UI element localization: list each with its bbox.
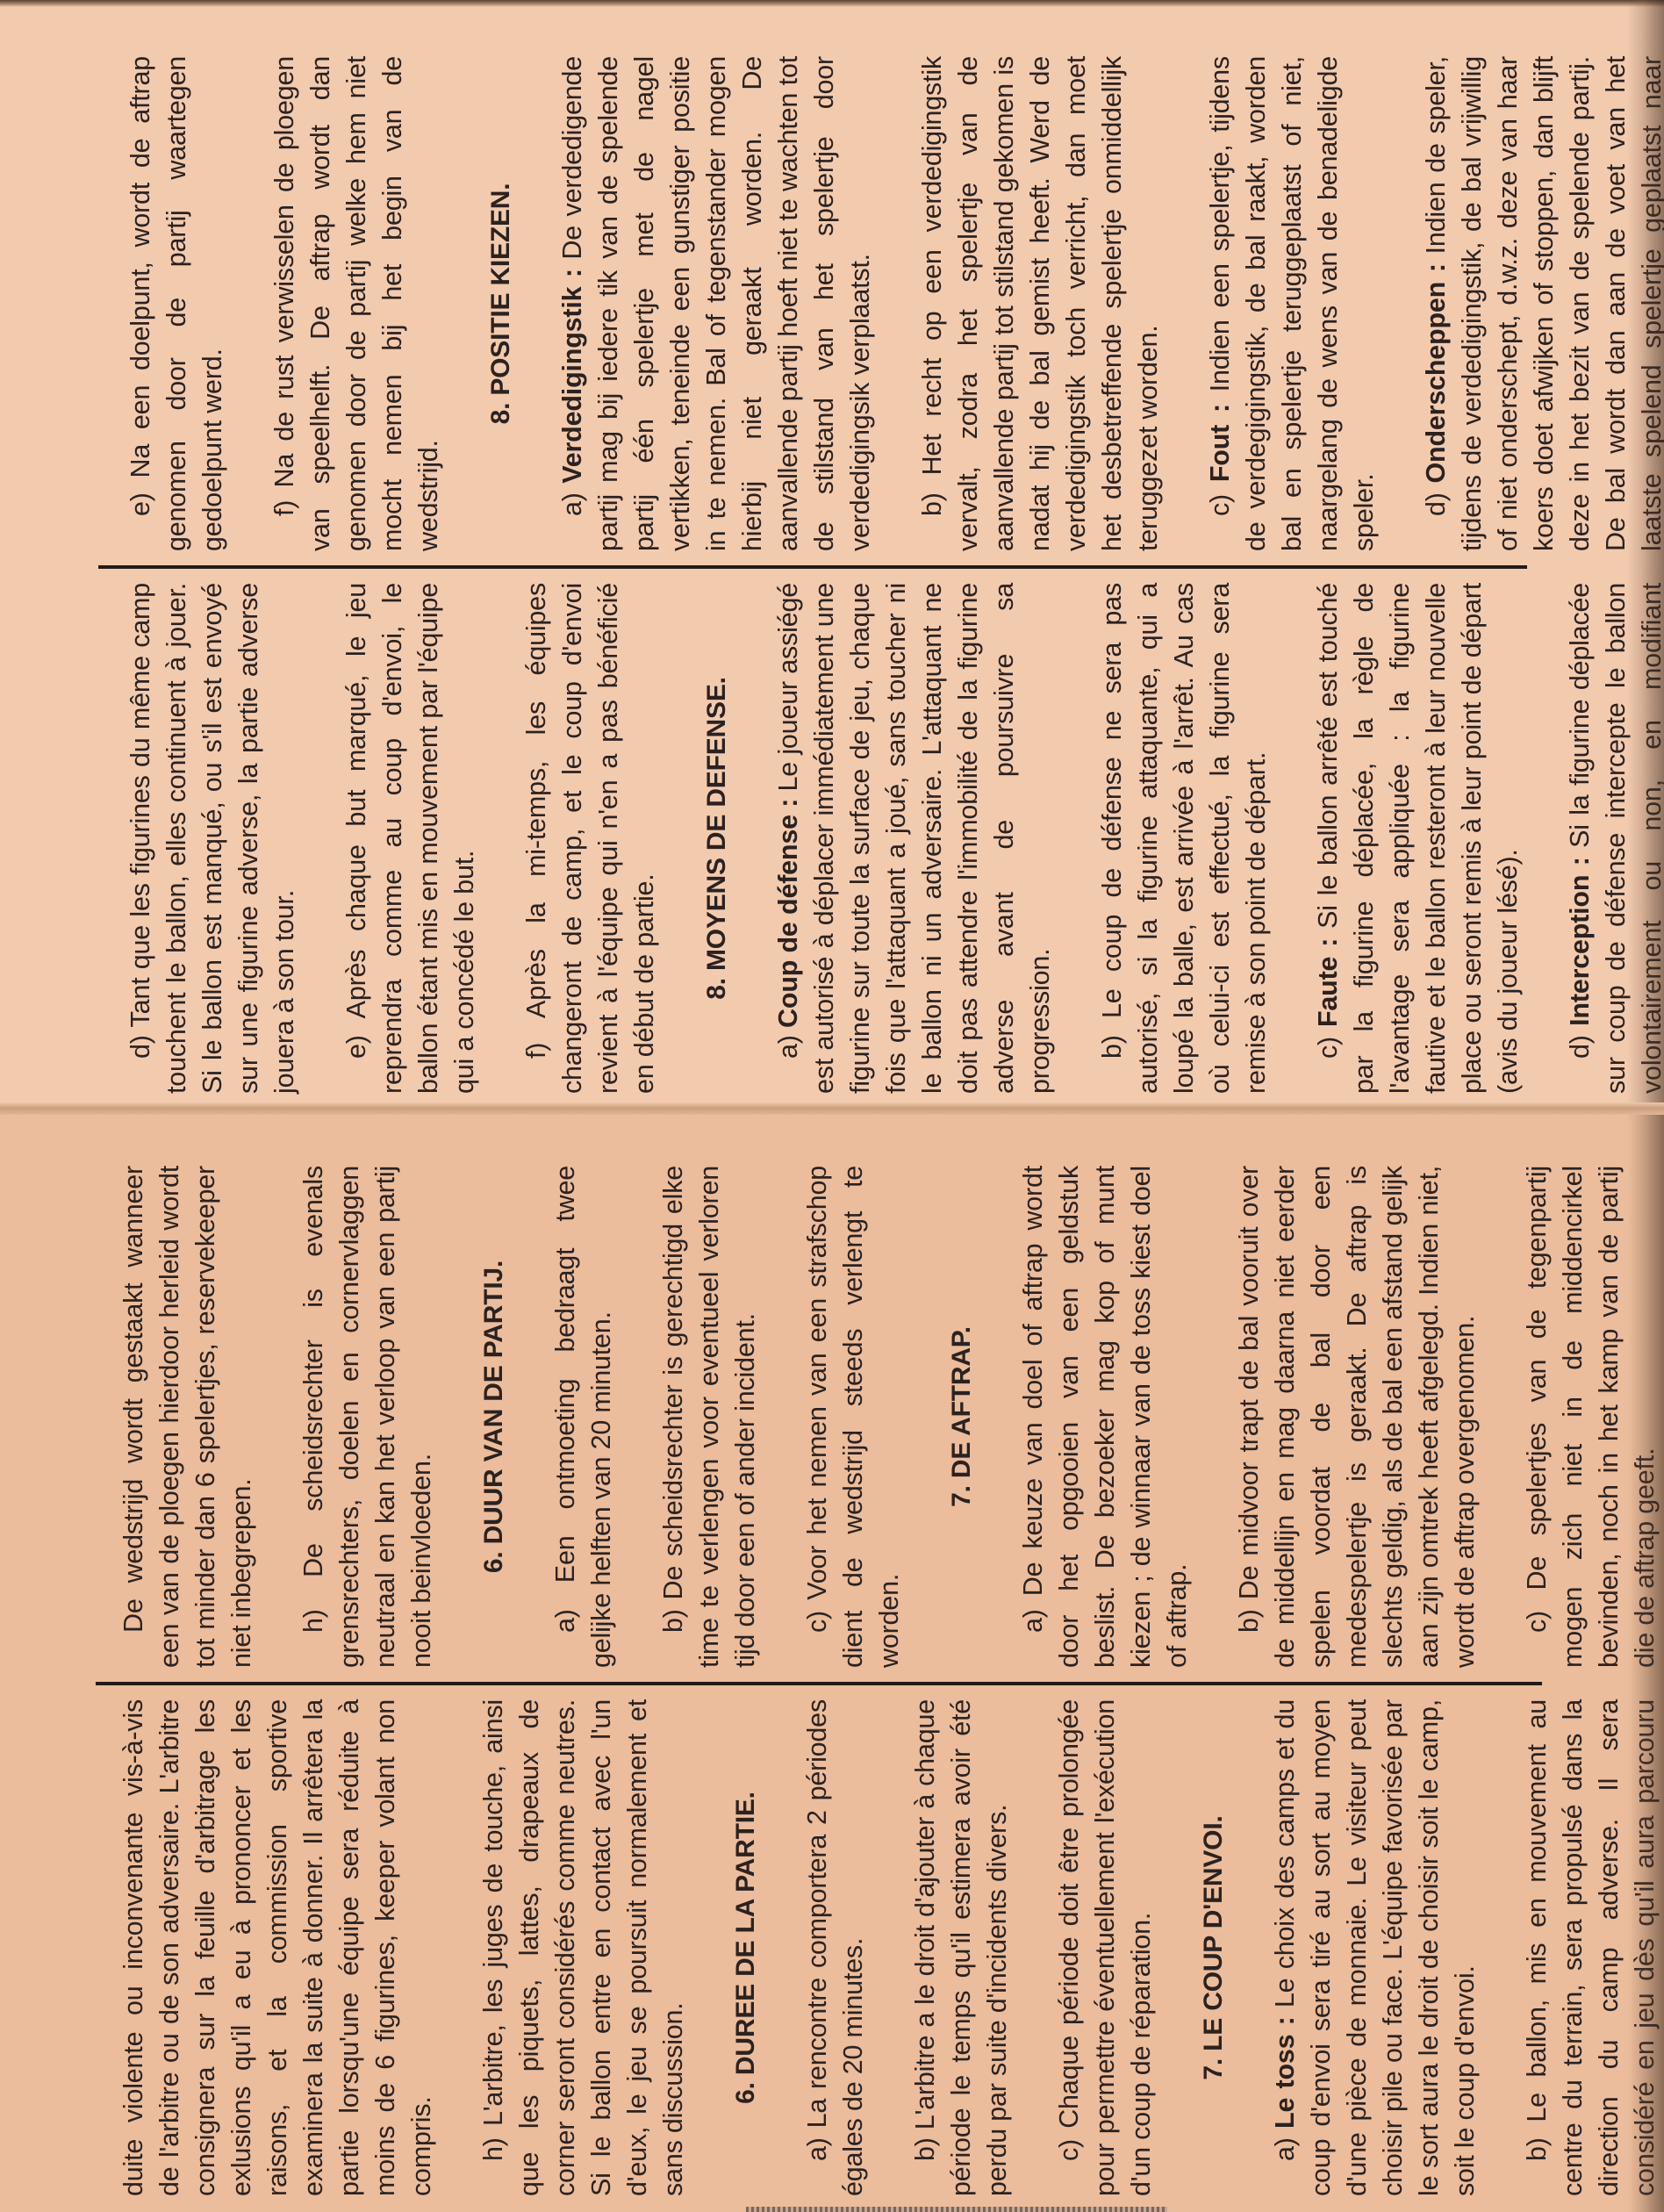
term-label: Onderscheppen : — [1421, 263, 1451, 483]
paragraph-text: Le choix des camps et du coup d'envoi se… — [1270, 1699, 1480, 2196]
rotated-page-content: duite violente ou inconvenante vis-à-vis… — [0, 1108, 1661, 2212]
rule-paragraph: De wedstrijd wordt gestaakt wanneer een … — [116, 1166, 260, 1668]
paragraph-label: c) — [1313, 1037, 1343, 1059]
paragraph-label: b) — [658, 1609, 688, 1633]
rule-paragraph: a) La rencontre comportera 2 périodes ég… — [800, 1699, 871, 2196]
paragraph-label: a) — [773, 1035, 803, 1059]
column-divider — [98, 565, 1527, 569]
paragraph-label: f) — [269, 500, 299, 516]
paragraph-text: Tant que les figurines du même camp touc… — [126, 583, 299, 1094]
paragraph-text: La rencontre comportera 2 périodes égale… — [802, 1699, 868, 2196]
paragraph-text: Voor het nemen van een strafschop dient … — [802, 1166, 904, 1668]
paragraph-text: De wedstrijd wordt gestaakt wanneer een … — [118, 1166, 256, 1668]
paragraph-text: De midvoor trapt de bal vooruit over de … — [1234, 1166, 1480, 1668]
paragraph-text: Chaque période doit être prolongée pour … — [1054, 1699, 1156, 2196]
booklet-fold — [0, 1102, 1664, 1115]
paragraph-text: De scheidsrechter is evenals grensrechte… — [298, 1166, 436, 1668]
paragraph-label: e) — [341, 1035, 371, 1059]
paragraph-text: De verdedigende partij mag bij iedere ti… — [557, 56, 875, 551]
paragraph-label: d) — [1565, 1035, 1595, 1059]
rule-paragraph: a) Een ontmoeting bedraagt twee gelijke … — [548, 1166, 620, 1668]
french-column: d) Tant que les figurines du même camp t… — [0, 569, 1664, 1106]
rule-paragraph: c) Voor het nemen van een strafschop die… — [800, 1166, 907, 1668]
page-top-edge — [0, 0, 1664, 7]
term-label: Interception : — [1565, 857, 1595, 1026]
rule-paragraph: c) Faute : Si le ballon arrêté est touch… — [1310, 583, 1526, 1094]
term-label: Fout : — [1205, 404, 1235, 482]
paragraph-label: c) — [802, 1611, 832, 1633]
dutch-column: De wedstrijd wordt gestaakt wanneer een … — [0, 1155, 1661, 1682]
rule-paragraph: b) Le coup de défense ne sera pas autori… — [1094, 583, 1274, 1094]
rule-paragraph: a) Coup de défense : Le joueur assiégé e… — [771, 583, 1058, 1094]
paragraph-label: a) — [1270, 2137, 1300, 2161]
paragraph-label: c) — [1522, 1611, 1552, 1633]
booklet-page-bottom: duite violente ou inconvenante vis-à-vis… — [0, 1108, 1664, 2212]
paragraph-text: De scheidsrechter is gerechtigd elke tim… — [658, 1166, 760, 1668]
paragraph-label: b) — [1234, 1609, 1264, 1633]
paragraph-label: f) — [521, 1043, 551, 1059]
term-label: Faute : — [1313, 938, 1343, 1027]
paragraph-text: De keuze van doel of aftrap wordt door h… — [1018, 1166, 1192, 1668]
rule-paragraph: e) Na een doelpunt, wordt de aftrap geno… — [123, 56, 231, 551]
rule-paragraph: b) De scheidsrechter is gerechtigd elke … — [656, 1166, 764, 1668]
term-label: Verdedigingstik : — [557, 269, 587, 484]
rule-paragraph: d) Tant que les figurines du même camp t… — [123, 583, 303, 1094]
paragraph-label: d) — [126, 1035, 155, 1059]
section-heading: 7. DE AFTRAP. — [943, 1166, 979, 1668]
paragraph-label: c) — [1205, 494, 1235, 516]
rule-paragraph: a) De keuze van doel of aftrap wordt doo… — [1015, 1166, 1195, 1668]
paragraph-text: L'arbitre a le droit d'ajouter à chaque … — [910, 1699, 1012, 2196]
rule-paragraph: a) Le toss : Le choix des camps et du co… — [1267, 1699, 1483, 2196]
paragraph-label: b) — [1097, 1035, 1127, 1059]
section-heading: 6. DUUR VAN DE PARTIJ. — [476, 1166, 512, 1668]
column-divider — [96, 1682, 1542, 1685]
paragraph-text: Na een doelpunt, wordt de aftrap genomen… — [126, 56, 227, 551]
paragraph-label: b) — [917, 492, 947, 516]
binding-strip — [746, 2207, 1167, 2212]
paragraph-text: Het recht op een verdedigingstik vervalt… — [917, 56, 1163, 551]
paragraph-text: duite violente ou inconvenante vis-à-vis… — [118, 1699, 436, 2196]
rule-paragraph: duite violente ou inconvenante vis-à-vis… — [116, 1699, 440, 2196]
section-heading: 6. DUREE DE LA PARTIE. — [728, 1699, 764, 2196]
paragraph-text: Après chaque but marqué, le jeu reprendr… — [341, 583, 479, 1094]
term-label: Coup de défense : — [773, 799, 803, 1028]
page-edge-shadow — [1627, 1108, 1664, 2212]
section-heading: 8. MOYENS DE DEFENSE. — [699, 583, 735, 1094]
paragraph-text: Si le ballon arrêté est touché par la fi… — [1313, 583, 1523, 1094]
rule-paragraph: b) Het recht op een verdedigingstik verv… — [914, 56, 1166, 551]
paragraph-label: h) — [478, 2137, 508, 2161]
paragraph-text: Le joueur assiégé est autorisé à déplace… — [773, 583, 1055, 1094]
section-heading: 8. POSITIE KIEZEN. — [483, 56, 519, 551]
rule-paragraph: f) Après la mi-temps, les équipes change… — [519, 583, 663, 1094]
rule-paragraph: h) L'arbitre, les juges de touche, ainsi… — [476, 1699, 692, 2196]
page-edge-shadow — [1627, 0, 1664, 1108]
rule-paragraph: b) De midvoor trapt de bal vooruit over … — [1231, 1166, 1483, 1668]
paragraph-text: L'arbitre, les juges de touche, ainsi qu… — [478, 1699, 688, 2196]
rule-paragraph: f) Na de rust verwisselen de ploegen van… — [267, 56, 447, 551]
rule-paragraph: a) Verdedigingstik : De verdedigende par… — [555, 56, 879, 551]
paragraph-label: b) — [1522, 2137, 1552, 2161]
paragraph-label: e) — [126, 492, 155, 516]
rotated-page-content: d) Tant que les figurines du même camp t… — [0, 0, 1664, 1106]
dutch-column: e) Na een doelpunt, wordt de aftrap geno… — [0, 46, 1664, 565]
paragraph-text: Le coup de défense ne sera pas autorisé,… — [1097, 583, 1271, 1094]
paragraph-text: Na de rust verwisselen de ploegen van sp… — [269, 56, 443, 551]
paragraph-label: a) — [557, 492, 587, 516]
booklet-page-top: d) Tant que les figurines du même camp t… — [0, 0, 1664, 1108]
rule-paragraph: c) Fout : Indien een spelertje, tijdens … — [1202, 56, 1382, 551]
paragraph-label: a) — [802, 2137, 832, 2161]
paragraph-label: c) — [1054, 2139, 1084, 2161]
paragraph-label: h) — [298, 1609, 328, 1633]
rule-paragraph: b) L'arbitre a le droit d'ajouter à chaq… — [907, 1699, 1015, 2196]
rule-paragraph: h) De scheidsrechter is evenals grensrec… — [296, 1166, 440, 1668]
rule-paragraph: c) Chaque période doit être prolongée po… — [1051, 1699, 1159, 2196]
paragraph-label: d) — [1421, 492, 1451, 516]
term-label: Le toss : — [1270, 2016, 1300, 2129]
paragraph-label: b) — [910, 2137, 940, 2161]
paragraph-text: Après la mi-temps, les équipes changeron… — [521, 583, 659, 1094]
paragraph-label: a) — [1018, 1609, 1048, 1633]
paragraph-text: Een ontmoeting bedraagt twee gelijke hel… — [550, 1166, 616, 1668]
section-heading: 7. LE COUP D'ENVOI. — [1195, 1699, 1231, 2196]
french-column: duite violente ou inconvenante vis-à-vis… — [0, 1685, 1661, 2212]
rule-paragraph: e) Après chaque but marqué, le jeu repre… — [339, 583, 483, 1094]
paragraph-label: a) — [550, 1609, 580, 1633]
